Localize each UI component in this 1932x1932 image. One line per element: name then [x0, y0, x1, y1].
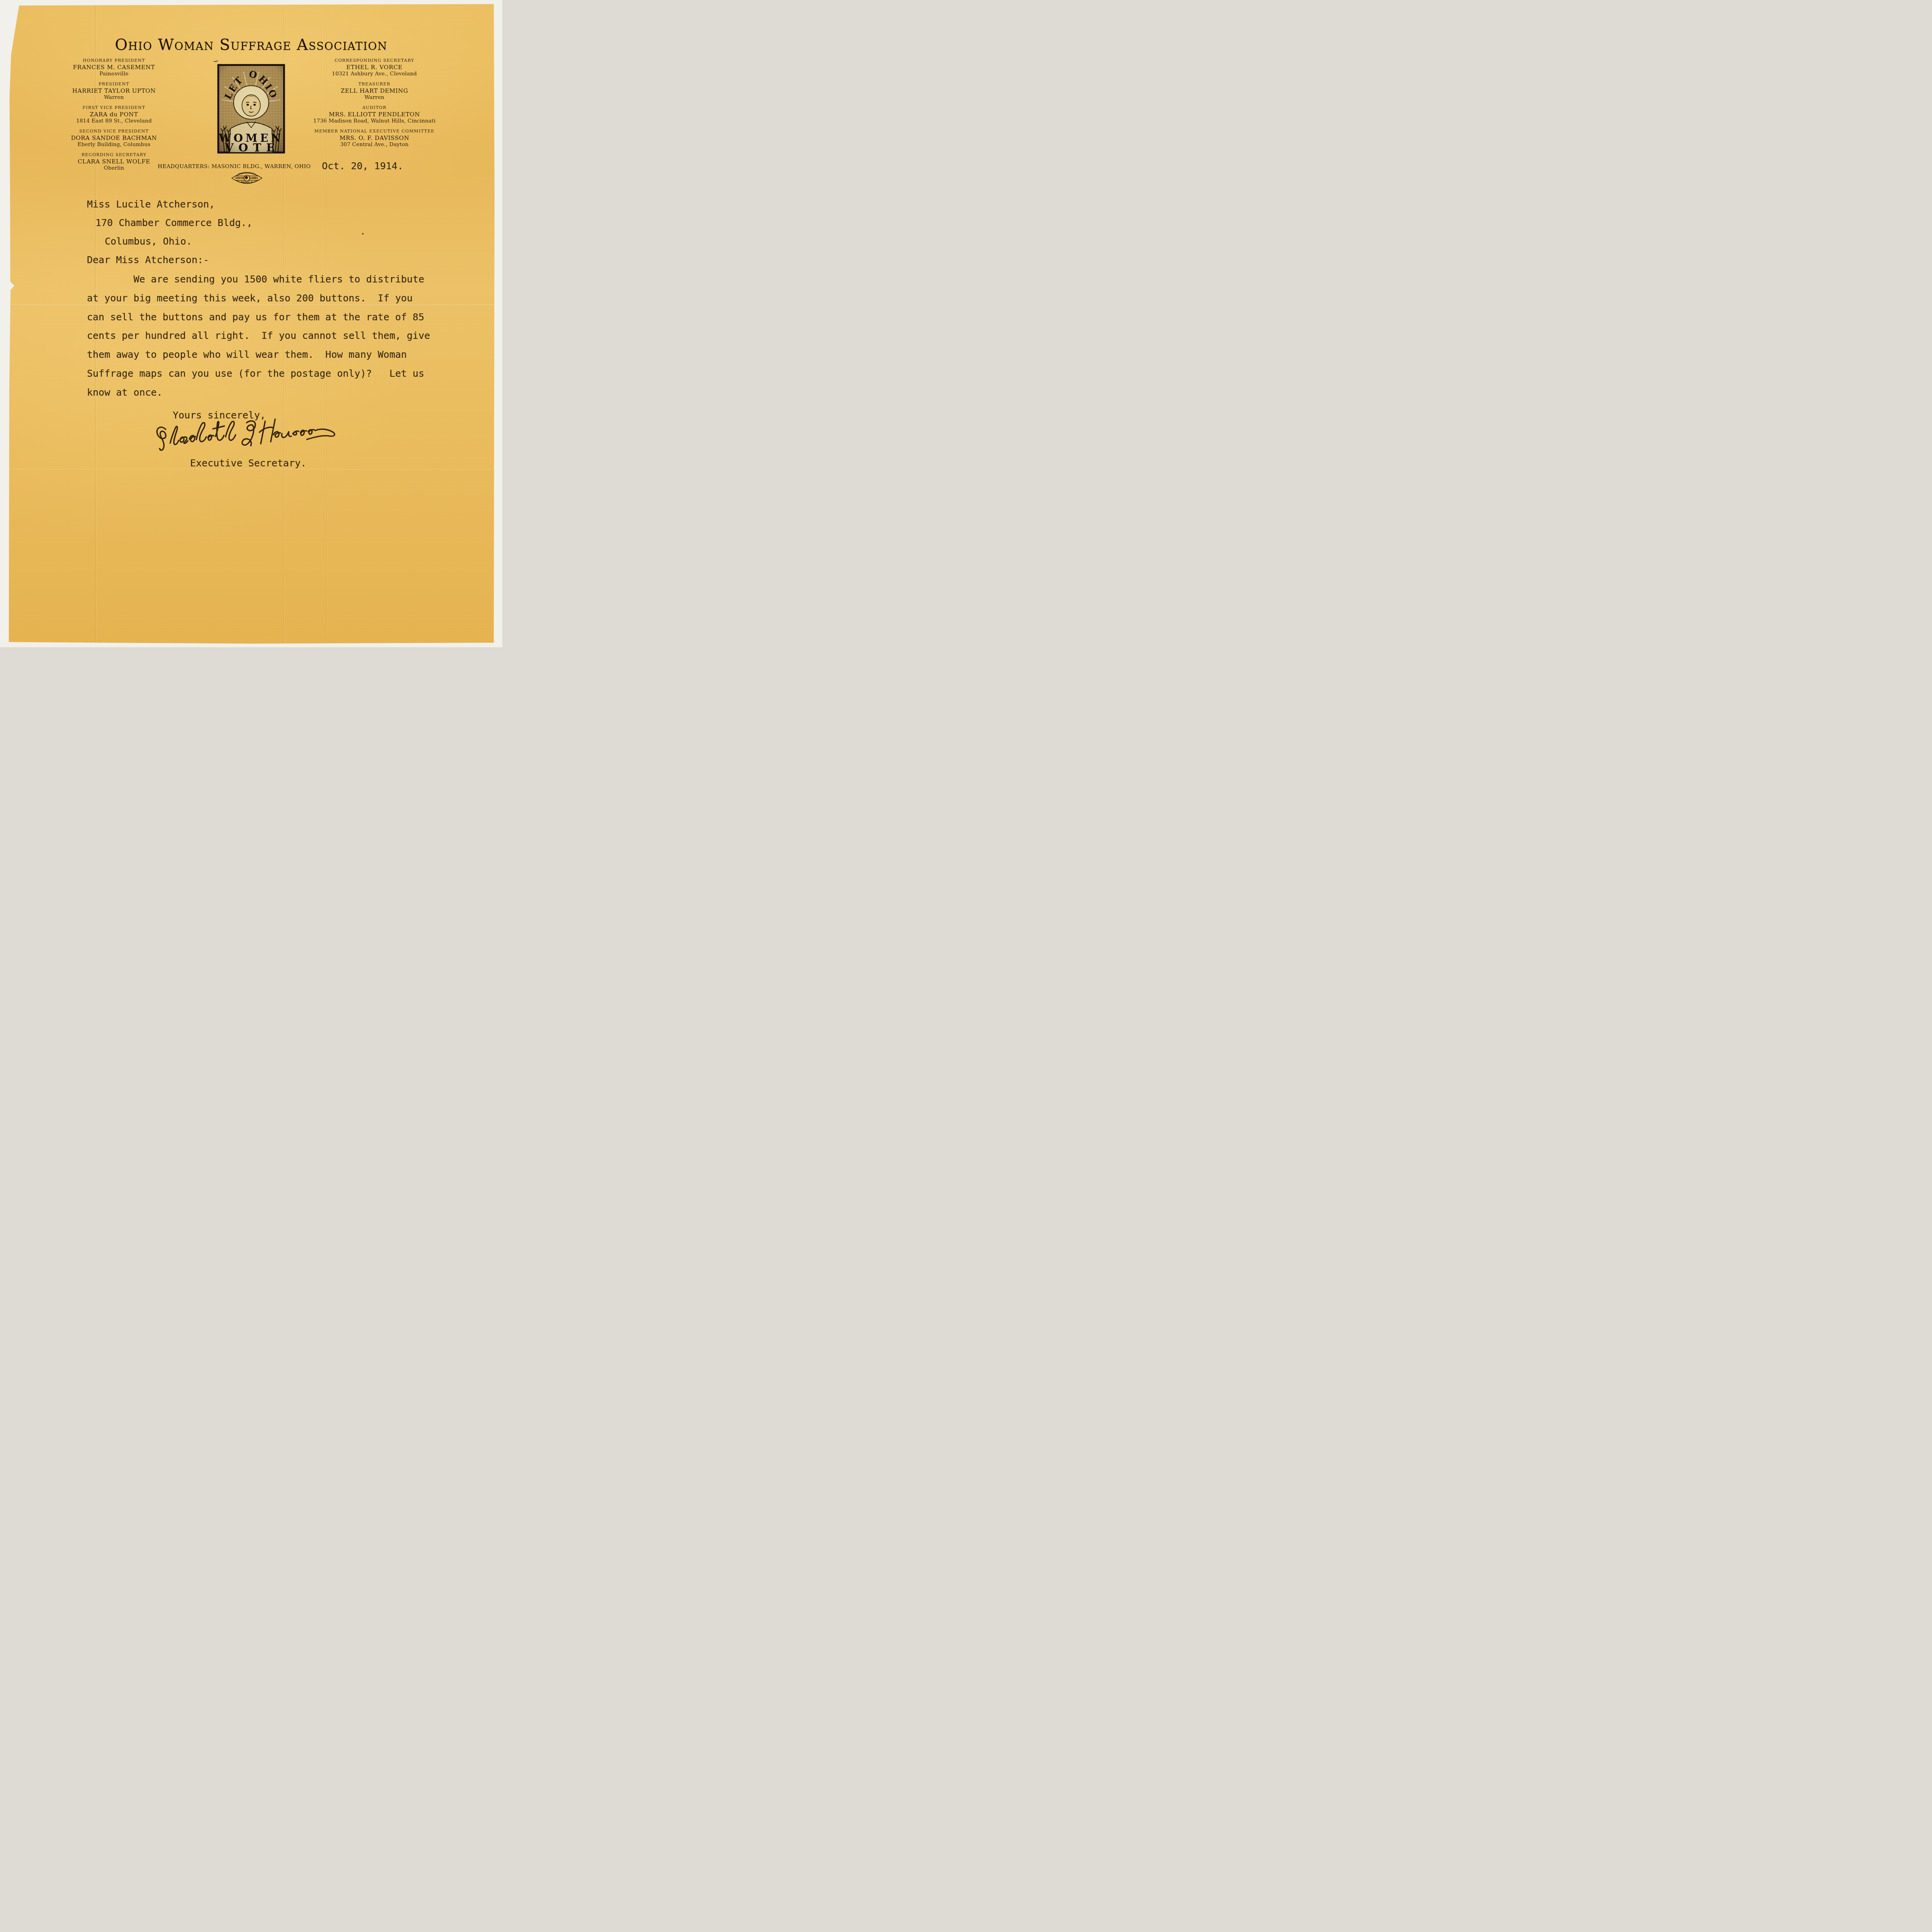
signer-title: Executive Secretary. [190, 457, 306, 469]
officer-name: ZARA du PONT [43, 111, 185, 118]
officer-address: 1814 East 89 St., Cleveland [43, 118, 185, 124]
horizontal-fold-crease [0, 469, 502, 470]
officer-address: Warren [304, 94, 444, 100]
letter-date: Oct. 20, 1914. [322, 160, 403, 172]
organization-title: Ohio Woman Suffrage Association [0, 36, 502, 54]
officer-entry: FIRST VICE PRESIDENT ZARA du PONT 1814 E… [43, 105, 185, 124]
recipient-city: Columbus, Ohio. [105, 236, 192, 247]
officer-entry: PRESIDENT HARRIET TAYLOR UPTON Warren [43, 81, 185, 100]
officer-address: 10321 Ashbury Ave., Cleveland [304, 71, 444, 77]
letter-body: We are sending you 1500 white fliers to … [87, 270, 450, 402]
officer-title: CORRESPONDING SECRETARY [304, 58, 444, 63]
officer-entry: AUDITOR MRS. ELLIOTT PENDLETON 1736 Madi… [304, 105, 444, 124]
union-label-left-text: UNION [235, 177, 245, 180]
recipient-address: 170 Chamber Commerce Bldg., [95, 217, 252, 228]
scanned-letter: Ohio Woman Suffrage Association HONORARY… [0, 0, 502, 647]
officer-name: MRS. ELLIOTT PENDLETON [304, 111, 444, 118]
officer-address: 307 Central Ave., Dayton [304, 141, 444, 148]
suffrage-emblem: LET OHIO WOMEN VOTE [217, 63, 286, 154]
officer-title: SECOND VICE PRESIDENT [43, 128, 185, 134]
stray-ink-mark [213, 58, 219, 62]
officer-entry: CORRESPONDING SECRETARY ETHEL R. VORCE 1… [304, 58, 444, 77]
officer-name: FRANCES M. CASEMENT [43, 64, 185, 71]
officer-entry: SECOND VICE PRESIDENT DORA SANDOE BACHMA… [43, 128, 185, 148]
officer-address: 1736 Madison Road, Walnut Hills, Cincinn… [304, 118, 444, 124]
ink-speck [362, 233, 364, 235]
officer-name: HARRIET TAYLOR UPTON [43, 87, 185, 94]
officer-name: ZELL HART DEMING [304, 87, 444, 94]
officer-name: DORA SANDOE BACHMAN [43, 134, 185, 141]
union-label: TYPOGRAPHICAL UNION LABEL WARREN, O. [231, 172, 262, 184]
officer-title: RECORDING SECRETARY [43, 152, 185, 158]
officer-title: TREASURER [304, 81, 444, 87]
officer-title: PRESIDENT [43, 81, 185, 87]
officer-title: HONORARY PRESIDENT [43, 58, 185, 63]
recipient-name: Miss Lucile Atcherson, [87, 199, 215, 210]
officer-title: MEMBER NATIONAL EXECUTIVE COMMITTEE [304, 128, 444, 134]
officer-entry: MEMBER NATIONAL EXECUTIVE COMMITTEE MRS.… [304, 128, 444, 148]
officer-entry: HONORARY PRESIDENT FRANCES M. CASEMENT P… [43, 58, 185, 77]
officer-address: Painesville [43, 71, 185, 77]
officer-name: ETHEL R. VORCE [304, 64, 444, 71]
officer-entry: TREASURER ZELL HART DEMING Warren [304, 81, 444, 100]
headquarters-line: HEADQUARTERS: MASONIC BLDG., WARREN, OHI… [158, 163, 311, 170]
officer-title: AUDITOR [304, 105, 444, 111]
officer-address: Eberly Building, Columbus [43, 141, 185, 148]
letter-paper: Ohio Woman Suffrage Association HONORARY… [0, 0, 502, 647]
officer-column-right: CORRESPONDING SECRETARY ETHEL R. VORCE 1… [304, 58, 444, 152]
salutation: Dear Miss Atcherson:- [87, 254, 209, 265]
union-label-right-text: LABEL [250, 177, 258, 180]
officer-address: Warren [43, 94, 185, 100]
officer-column-left: HONORARY PRESIDENT FRANCES M. CASEMENT P… [43, 58, 185, 175]
officer-name: MRS. O. F. DAVISSON [304, 134, 444, 141]
officer-title: FIRST VICE PRESIDENT [43, 105, 185, 111]
